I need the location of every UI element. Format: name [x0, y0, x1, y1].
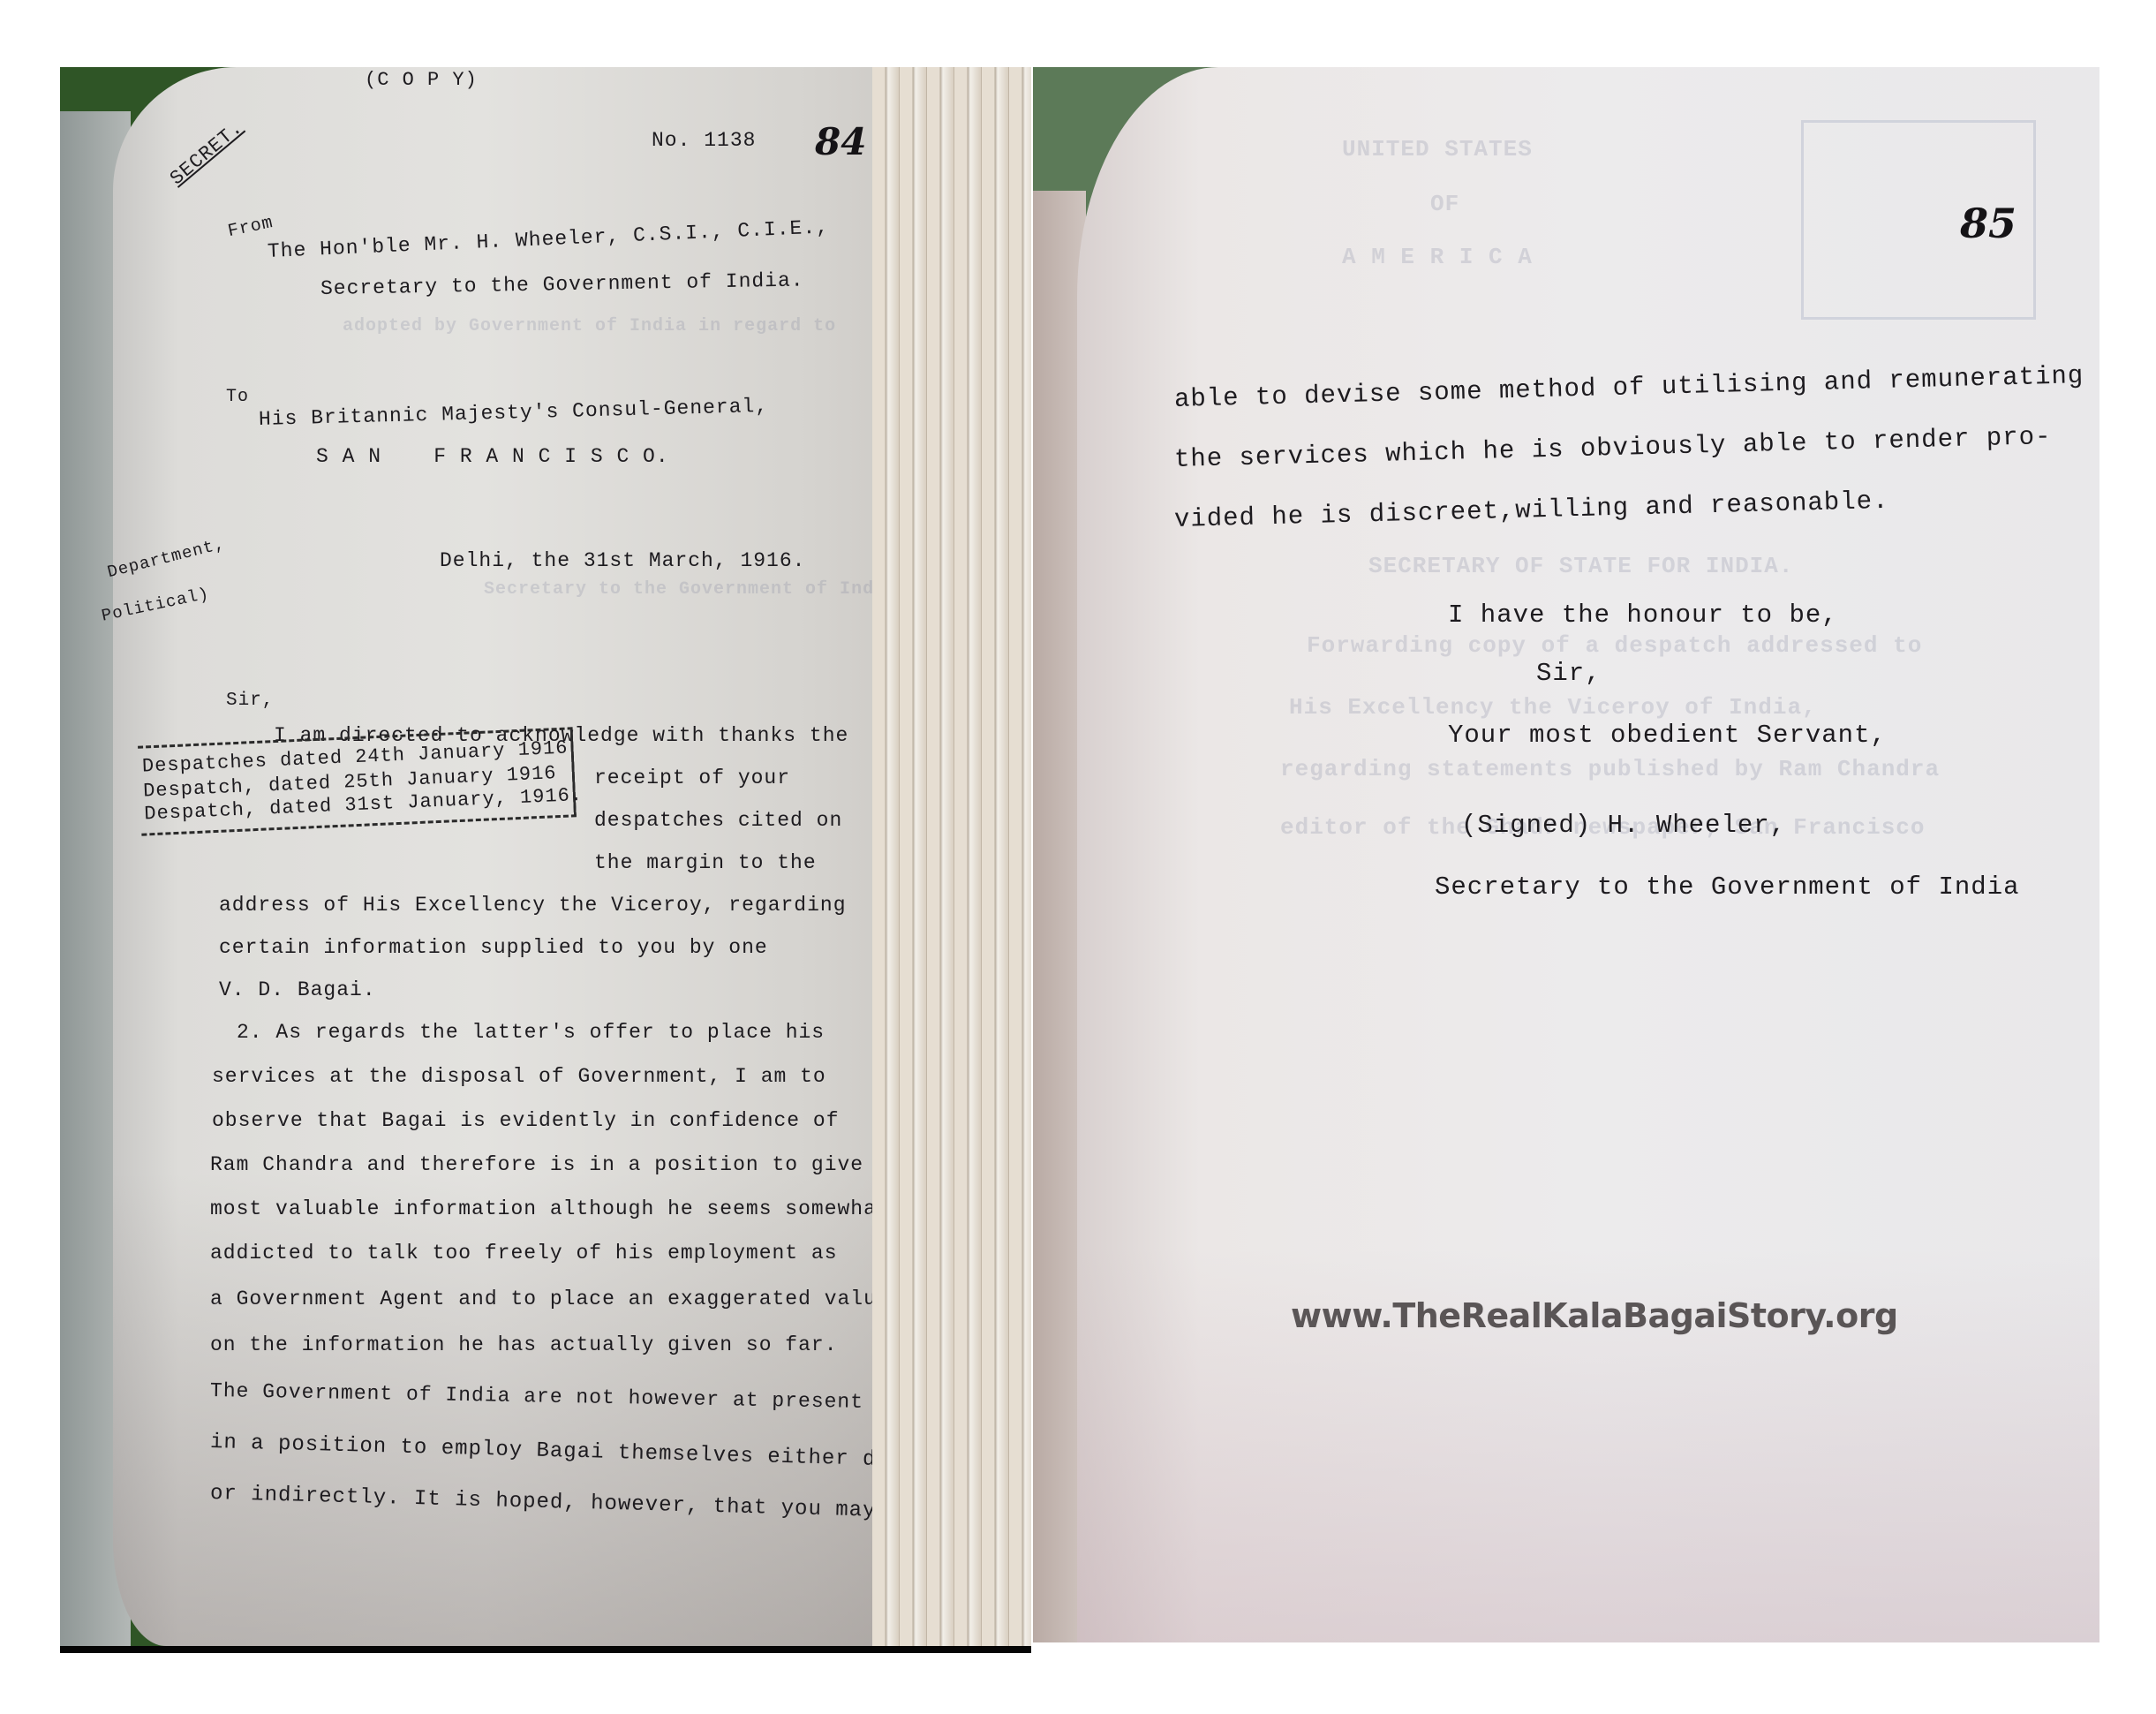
ghost-stamp-line-1: UNITED STATES: [1342, 136, 1533, 162]
body-line-3: vided he is discreet,willing and reasona…: [1174, 487, 1889, 534]
para2-line-1: 2. As regards the latter's offer to plac…: [237, 1021, 825, 1044]
from-label: From: [226, 213, 275, 242]
para2-line-7: a Government Agent and to place an exagg…: [210, 1287, 890, 1310]
para2-line-6: addicted to talk too freely of his emplo…: [210, 1242, 838, 1265]
left-page-photo: (C O P Y) SECRET. No. 1138 84 From The H…: [60, 67, 1031, 1653]
bleed-through-text: Secretary to the Government of India.: [484, 579, 908, 600]
right-page-photo: UNITED STATES OF A M E R I C A 85 able t…: [1033, 67, 2099, 1642]
para2-line-2: services at the disposal of Government, …: [212, 1065, 826, 1088]
para1-side-1: receipt of your: [594, 766, 790, 789]
para2-line-11: or indirectly. It is hoped, however, tha…: [210, 1482, 917, 1524]
para2-line-5: most valuable information although he se…: [210, 1197, 890, 1220]
para2-line-8: on the information he has actually given…: [210, 1333, 838, 1356]
ghost-stamp-line-2: OF: [1430, 191, 1459, 217]
closing-line: I have the honour to be,: [1448, 600, 1838, 630]
para1-side-2: despatches cited on: [594, 809, 842, 832]
para1-rest-3: V. D. Bagai.: [219, 978, 376, 1001]
secret-mark: SECRET.: [166, 117, 247, 190]
to-line-2: S A N F R A N C I S C O.: [316, 445, 669, 468]
folio-number-left: 84: [815, 120, 866, 163]
para1-side-3: the margin to the: [594, 851, 817, 874]
signature-title: Secretary to the Government of India: [1435, 872, 2020, 902]
para1-rest-1: address of His Excellency the Viceroy, r…: [219, 894, 847, 917]
para2-line-3: observe that Bagai is evidently in confi…: [212, 1109, 840, 1132]
reference-number: No. 1138: [652, 129, 756, 152]
body-line-2: the services which he is obviously able …: [1174, 422, 2052, 474]
date-line: Delhi, the 31st March, 1916.: [440, 549, 805, 572]
closing-servant: Your most obedient Servant,: [1448, 721, 1887, 750]
para2-line-10: in a position to employ Bagai themselves…: [210, 1431, 972, 1475]
copy-mark: (C O P Y): [365, 69, 478, 91]
bleed-through-text: SECRETARY OF STATE FOR INDIA.: [1368, 553, 1793, 579]
right-page: UNITED STATES OF A M E R I C A 85 able t…: [1077, 67, 2099, 1642]
page-stack-edges: [872, 67, 1031, 1646]
bleed-through-text: regarding statements published by Ram Ch…: [1280, 756, 1940, 782]
salutation: Sir,: [226, 691, 274, 711]
to-line-1: His Britannic Majesty's Consul-General,: [259, 395, 769, 431]
para2-line-9: The Government of India are not however …: [210, 1379, 863, 1414]
folio-number-right: 85: [1960, 200, 2017, 247]
signature-line: (Signed) H. Wheeler,: [1461, 811, 1786, 840]
department-line-2: Political): [100, 584, 211, 625]
para1-rest-2: certain information supplied to you by o…: [219, 936, 768, 959]
bleed-through-text: adopted by Government of India in regard…: [343, 316, 836, 336]
ghost-stamp-line-3: A M E R I C A: [1342, 244, 1533, 270]
closing-sir: Sir,: [1536, 659, 1602, 688]
left-page: (C O P Y) SECRET. No. 1138 84 From The H…: [113, 67, 934, 1646]
margin-citation-box: Despatches dated 24th January 1916 Despa…: [138, 727, 577, 835]
bleed-through-text: Forwarding copy of a despatch addressed …: [1307, 632, 1922, 659]
website-watermark: www.TheRealKalaBagaiStory.org: [1291, 1296, 1898, 1335]
department-line-1: Department,: [105, 534, 227, 582]
body-line-1: able to devise some method of utilising …: [1174, 361, 2084, 414]
para2-line-4: Ram Chandra and therefore is in a positi…: [210, 1153, 863, 1176]
from-line-2: Secretary to the Government of India.: [320, 268, 804, 300]
to-label: To: [226, 387, 249, 407]
bleed-through-text: His Excellency the Viceroy of India,: [1289, 694, 1817, 721]
from-line-1: The Hon'ble Mr. H. Wheeler, C.S.I., C.I.…: [267, 215, 829, 263]
